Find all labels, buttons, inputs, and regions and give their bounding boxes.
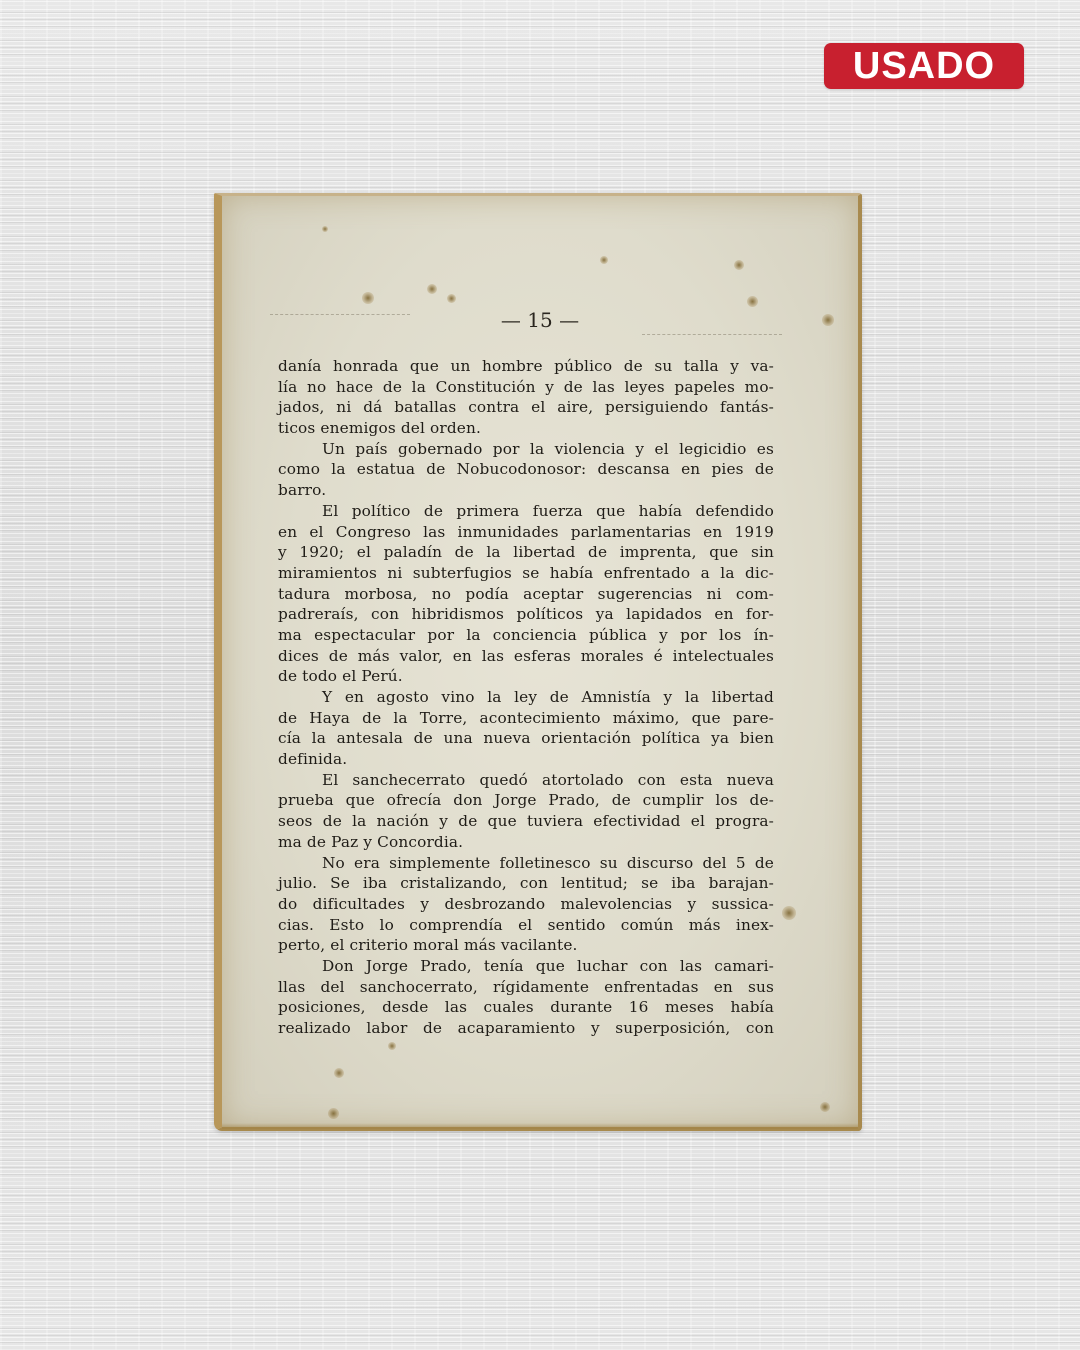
text-line: seos de la nación y de que tuviera efect… bbox=[278, 811, 774, 832]
text-line: julio. Se iba cristalizando, con lentitu… bbox=[278, 873, 774, 894]
foxing-spot bbox=[820, 1102, 830, 1112]
foxing-spot bbox=[782, 906, 796, 920]
foxing-spot bbox=[734, 260, 744, 270]
text-line: ma espectacular por la conciencia públic… bbox=[278, 625, 774, 646]
text-line: jados, ni dá batallas contra el aire, pe… bbox=[278, 397, 774, 418]
text-line: padreraís, con hibridismos políticos ya … bbox=[278, 604, 774, 625]
text-line: tadura morbosa, no podía aceptar sugeren… bbox=[278, 584, 774, 605]
text-line: realizado labor de acaparamiento y super… bbox=[278, 1018, 774, 1039]
faded-rule bbox=[642, 334, 782, 335]
foxing-spot bbox=[388, 1042, 396, 1050]
text-line: de Haya de la Torre, acontecimiento máxi… bbox=[278, 708, 774, 729]
text-line: cias. Esto lo comprendía el sentido comú… bbox=[278, 915, 774, 936]
foxing-spot bbox=[328, 1108, 339, 1119]
text-line: y 1920; el paladín de la libertad de imp… bbox=[278, 542, 774, 563]
foxing-spot bbox=[447, 294, 456, 303]
text-line: lía no hace de la Constitución y de las … bbox=[278, 377, 774, 398]
worn-page-edge bbox=[222, 1123, 858, 1129]
text-line: ticos enemigos del orden. bbox=[278, 418, 774, 439]
text-line: en el Congreso las inmunidades parlament… bbox=[278, 522, 774, 543]
text-line: prueba que ofrecía don Jorge Prado, de c… bbox=[278, 790, 774, 811]
paragraph-start-line: No era simplemente folletinesco su discu… bbox=[278, 853, 774, 874]
text-line: cía la antesala de una nueva orientación… bbox=[278, 728, 774, 749]
text-line: danía honrada que un hombre público de s… bbox=[278, 356, 774, 377]
text-line: como la estatua de Nobucodonosor: descan… bbox=[278, 459, 774, 480]
text-line: llas del sanchocerrato, rígidamente enfr… bbox=[278, 977, 774, 998]
paragraph-start-line: El sanchecerrato quedó atortolado con es… bbox=[278, 770, 774, 791]
paragraph-start-line: Un país gobernado por la violencia y el … bbox=[278, 439, 774, 460]
text-line: perto, el criterio moral más vacilante. bbox=[278, 935, 774, 956]
foxing-spot bbox=[322, 226, 328, 232]
text-line: posiciones, desde las cuales durante 16 … bbox=[278, 997, 774, 1018]
paragraph-start-line: Y en agosto vino la ley de Amnistía y la… bbox=[278, 687, 774, 708]
text-line: dices de más valor, en las esferas moral… bbox=[278, 646, 774, 667]
paragraph-start-line: El político de primera fuerza que había … bbox=[278, 501, 774, 522]
text-line: de todo el Perú. bbox=[278, 666, 774, 687]
text-line: definida. bbox=[278, 749, 774, 770]
foxing-spot bbox=[362, 292, 374, 304]
page-number: — 15 — bbox=[222, 308, 858, 332]
text-line: miramientos ni subterfugios se había enf… bbox=[278, 563, 774, 584]
paragraph-start-line: Don Jorge Prado, tenía que luchar con la… bbox=[278, 956, 774, 977]
used-condition-badge: USADO bbox=[824, 43, 1024, 89]
foxing-spot bbox=[747, 296, 758, 307]
foxing-spot bbox=[334, 1068, 344, 1078]
text-line: barro. bbox=[278, 480, 774, 501]
text-line: ma de Paz y Concordia. bbox=[278, 832, 774, 853]
body-text: danía honrada que un hombre público de s… bbox=[278, 356, 774, 1039]
book-page: — 15 — danía honrada que un hombre públi… bbox=[214, 193, 862, 1131]
foxing-spot bbox=[600, 256, 608, 264]
text-line: do dificultades y desbrozando malevolenc… bbox=[278, 894, 774, 915]
foxing-spot bbox=[427, 284, 437, 294]
